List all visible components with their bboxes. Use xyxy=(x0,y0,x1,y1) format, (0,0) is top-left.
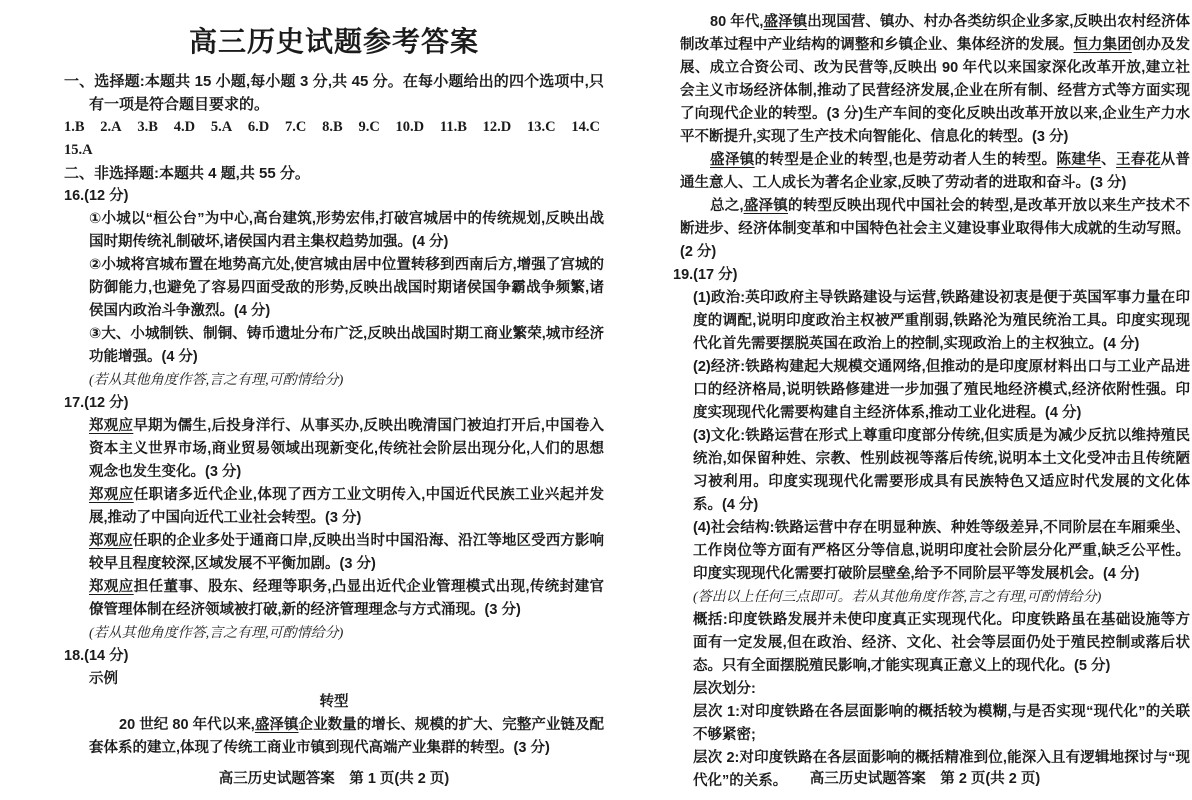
answer-item-12: 12.D xyxy=(483,116,512,139)
q17-label: 17.(12 分) xyxy=(64,392,604,415)
page-1-column: 高三历史试题参考答案 一、选择题:本题共 15 小题,每小题 3 分,共 45 … xyxy=(64,0,604,800)
q17-point-1: 郑观应早期为儒生,后投身洋行、从事买办,反映出晚清国门被迫打开后,中国卷入资本主… xyxy=(89,415,604,484)
q19-level-1: 层次 1:对印度铁路在各层面影响的概括较为模糊,与是否实现“现代化”的关联不够紧… xyxy=(693,701,1190,747)
answer-item-3: 3.B xyxy=(137,116,158,139)
q16-point-3: ③大、小城制铁、制铜、铸币遗址分布广泛,反映出战国时期工商业繁荣,城市经济功能增… xyxy=(89,323,604,369)
q19-point-3: (3)文化:铁路运营在形式上尊重印度部分传统,但实质是为减少反抗以维持殖民统治,… xyxy=(693,425,1190,517)
q17-point-4: 郑观应担任董事、股东、经理等职务,凸显出近代企业管理模式出现,传统封建官僚管理体… xyxy=(89,576,604,622)
answer-item-4: 4.D xyxy=(174,116,195,139)
answer-item-8: 8.B xyxy=(322,116,343,139)
choice-section-heading: 一、选择题:本题共 15 小题,每小题 3 分,共 45 分。在每小题给出的四个… xyxy=(64,70,604,116)
q19-point-1: (1)政治:英印政府主导铁路建设与运营,铁路建设初衷是便于英国军事力量在印度的调… xyxy=(693,287,1190,356)
answer-item-15: 15.A xyxy=(64,139,604,162)
answer-item-7: 7.C xyxy=(285,116,306,139)
answer-item-9: 9.C xyxy=(358,116,379,139)
document-title: 高三历史试题参考答案 xyxy=(64,25,604,59)
nonchoice-section-heading: 二、非选择题:本题共 4 题,共 55 分。 xyxy=(64,162,604,185)
q19-summary: 概括:印度铁路发展并未使印度真正实现现代化。印度铁路虽在基础设施等方面有一定发展… xyxy=(693,609,1190,678)
q19-levels-heading: 层次划分: xyxy=(693,678,1190,701)
q19-point-4: (4)社会结构:铁路运营中存在明显种族、种姓等级差异,不同阶层在车厢乘坐、工作岗… xyxy=(693,517,1190,586)
q18-example-label: 示例 xyxy=(89,668,604,691)
q17-point-3: 郑观应任职的企业多处于通商口岸,反映出当时中国沿海、沿江等地区受西方影响较早且程… xyxy=(89,530,604,576)
q18-continued-paragraph-3: 总之,盛泽镇的转型反映出现代中国社会的转型,是改革开放以来生产技术不断进步、经济… xyxy=(680,195,1190,264)
exam-answer-sheet: 高三历史试题参考答案 一、选择题:本题共 15 小题,每小题 3 分,共 45 … xyxy=(0,0,1192,800)
q19-point-2: (2)经济:铁路构建起大规模交通网络,但推动的是印度原材料出口与工业产品进口的经… xyxy=(693,356,1190,425)
q16-point-2: ②小城将宫城布置在地势高亢处,使宫城由居中位置转移到西南后方,增强了宫城的防御能… xyxy=(89,254,604,323)
q17-grading-note: (若从其他角度作答,言之有理,可酌情给分) xyxy=(89,622,604,645)
q16-point-1: ①小城以“桓公台”为中心,高台建筑,形势宏伟,打破宫城居中的传统规划,反映出战国… xyxy=(89,208,604,254)
page-2-column: 80 年代,盛泽镇出现国营、镇办、村办各类纺织企业多家,反映出农村经济体制改革过… xyxy=(660,0,1190,800)
answer-item-6: 6.D xyxy=(248,116,269,139)
page-2-footer: 高三历史试题答案 第 2 页(共 2 页) xyxy=(660,768,1190,791)
q18-label: 18.(14 分) xyxy=(64,645,604,668)
answer-item-10: 10.D xyxy=(396,116,425,139)
q19-label: 19.(17 分) xyxy=(673,264,1190,287)
q17-point-2: 郑观应任职诸多近代企业,体现了西方工业文明传入,中国近代民族工业兴起并发展,推动… xyxy=(89,484,604,530)
answer-item-11: 11.B xyxy=(440,116,467,139)
q18-continued-paragraph-2: 盛泽镇的转型是企业的转型,也是劳动者人生的转型。陈建华、王春花从普通生意人、工人… xyxy=(680,149,1190,195)
answer-item-5: 5.A xyxy=(211,116,232,139)
q18-essay-title: 转型 xyxy=(64,691,604,714)
answer-item-1: 1.B xyxy=(64,116,85,139)
answer-item-13: 13.C xyxy=(527,116,556,139)
q16-grading-note: (若从其他角度作答,言之有理,可酌情给分) xyxy=(89,369,604,392)
q18-continued-paragraph-1: 80 年代,盛泽镇出现国营、镇办、村办各类纺织企业多家,反映出农村经济体制改革过… xyxy=(680,11,1190,149)
answer-item-2: 2.A xyxy=(100,116,121,139)
q18-paragraph: 20 世纪 80 年代以来,盛泽镇企业数量的增长、规模的扩大、完整产业链及配套体… xyxy=(89,714,604,760)
answer-item-14: 14.C xyxy=(571,116,600,139)
q19-grading-note: (答出以上任何三点即可。若从其他角度作答,言之有理,可酌情给分) xyxy=(693,586,1190,609)
page-1-footer: 高三历史试题答案 第 1 页(共 2 页) xyxy=(64,768,604,791)
choice-answers-row: 1.B 2.A 3.B 4.D 5.A 6.D 7.C 8.B 9.C 10.D… xyxy=(64,116,604,139)
q16-label: 16.(12 分) xyxy=(64,185,604,208)
